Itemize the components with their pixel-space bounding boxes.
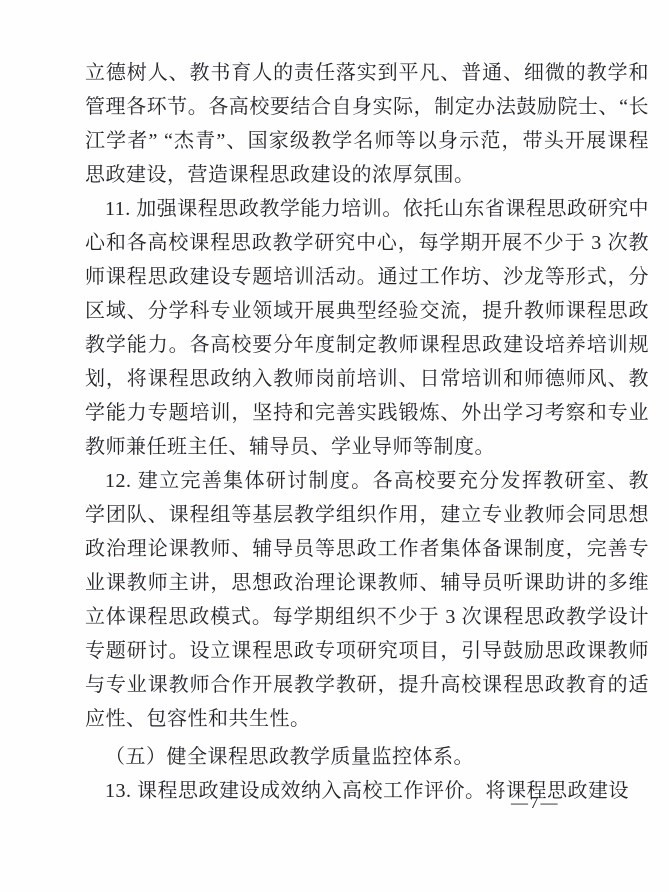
document-page: 立德树人、教书育人的责任落实到平凡、普通、细微的教学和管理各环节。各高校要结合自…: [0, 0, 669, 892]
body-paragraph-item-11: 11. 加强课程思政教学能力培训。依托山东省课程思政研究中心和各高校课程思政教学…: [85, 192, 649, 464]
body-paragraph-item-13: 13. 课程思政建设成效纳入高校工作评价。将课程思政建设: [85, 774, 649, 808]
page-number: —7—: [511, 793, 560, 813]
section-heading-5: （五）健全课程思政教学质量监控体系。: [85, 740, 649, 774]
body-paragraph-item-12: 12. 建立完善集体研讨制度。各高校要充分发挥教研室、教学团队、课程组等基层教学…: [85, 464, 649, 736]
body-paragraph-continued: 立德树人、教书育人的责任落实到平凡、普通、细微的教学和管理各环节。各高校要结合自…: [85, 56, 649, 192]
